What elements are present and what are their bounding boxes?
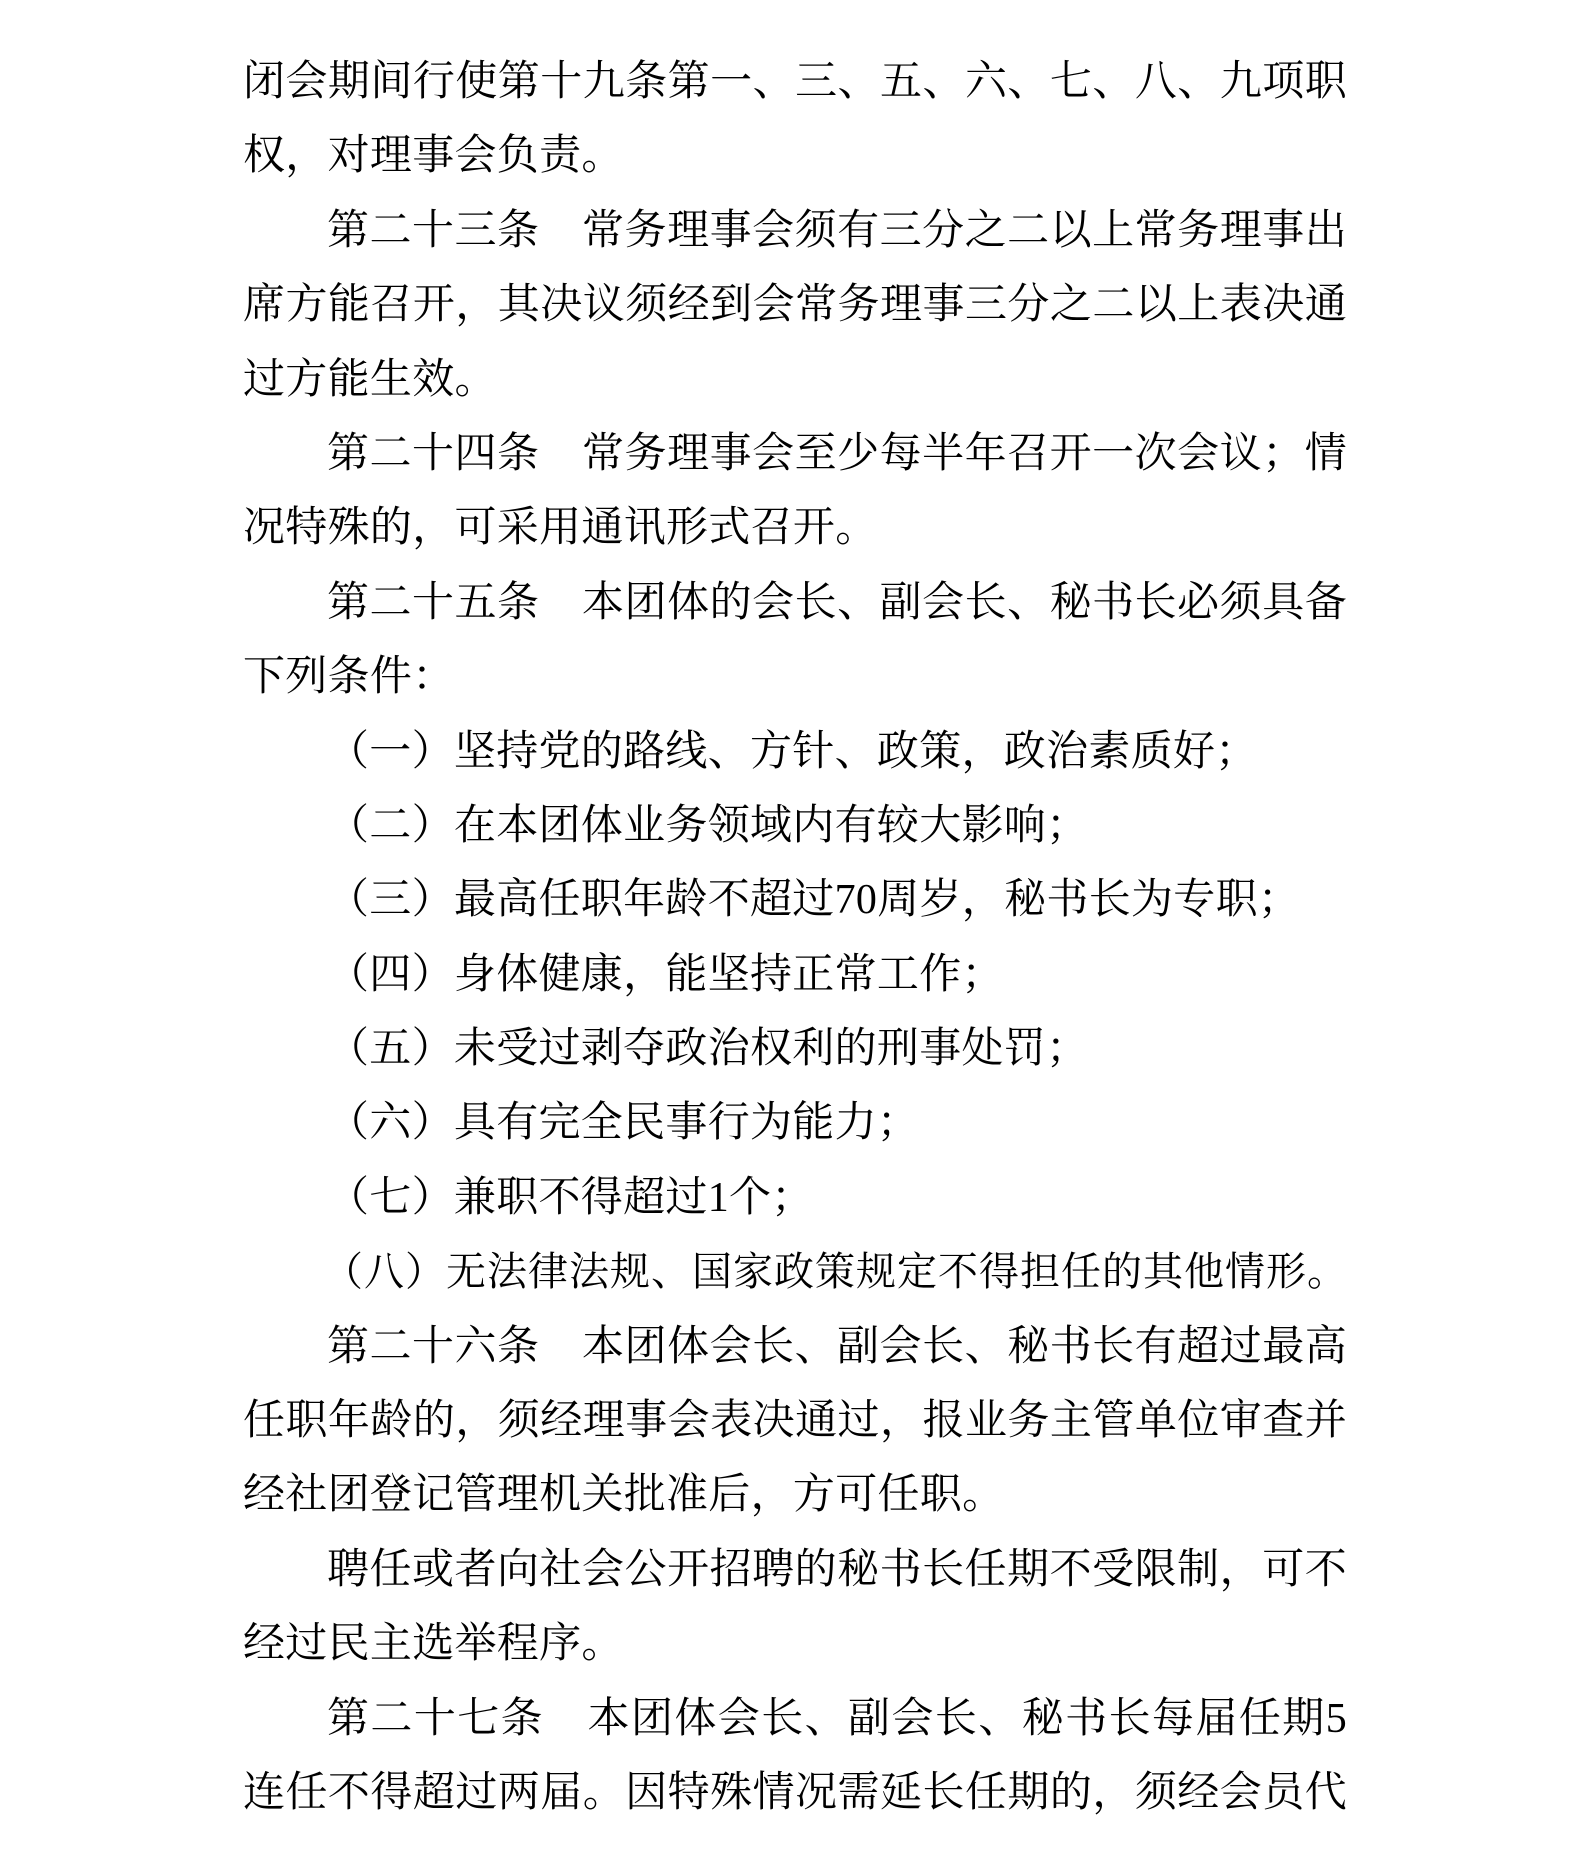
text-line: 权，对理事会负责。 — [243, 119, 1347, 193]
text-line-article-26: 第二十六条 本团体会长、副会长、秘书长有超过最高 — [243, 1310, 1347, 1384]
text-line: 下列条件： — [243, 640, 1347, 714]
text-line: 况特殊的，可采用通讯形式召开。 — [243, 491, 1347, 565]
text-line: 席方能召开，其决议须经到会常务理事三分之二以上表决通 — [243, 268, 1347, 342]
text-line: 连任不得超过两届。因特殊情况需延长任期的，须经会员代 — [243, 1756, 1347, 1830]
text-line-item-7: （七）兼职不得超过1个； — [243, 1161, 1347, 1235]
text-line-item-5: （五）未受过剥夺政治权利的刑事处罚； — [243, 1012, 1347, 1086]
document-page: 闭会期间行使第十九条第一、三、五、六、七、八、九项职 权，对理事会负责。 第二十… — [0, 0, 1587, 1871]
text-line-item-3: （三）最高任职年龄不超过70周岁，秘书长为专职； — [243, 863, 1347, 937]
text-line: 经过民主选举程序。 — [243, 1607, 1347, 1681]
text-line: 聘任或者向社会公开招聘的秘书长任期不受限制，可不 — [243, 1533, 1347, 1607]
text-line-article-23: 第二十三条 常务理事会须有三分之二以上常务理事出 — [243, 194, 1347, 268]
text-line-item-2: （二）在本团体业务领域内有较大影响； — [243, 789, 1347, 863]
text-line: 经社团登记管理机关批准后，方可任职。 — [243, 1458, 1347, 1532]
text-line: 任职年龄的，须经理事会表决通过，报业务主管单位审查并 — [243, 1384, 1347, 1458]
document-text-block: 闭会期间行使第十九条第一、三、五、六、七、八、九项职 权，对理事会负责。 第二十… — [243, 45, 1347, 1830]
text-line-item-8: （八）无法律法规、国家政策规定不得担任的其他情形。 — [243, 1235, 1347, 1309]
text-line-item-1: （一）坚持党的路线、方针、政策，政治素质好； — [243, 715, 1347, 789]
text-line-item-6: （六）具有完全民事行为能力； — [243, 1086, 1347, 1160]
text-line: 闭会期间行使第十九条第一、三、五、六、七、八、九项职 — [243, 45, 1347, 119]
text-line-article-25: 第二十五条 本团体的会长、副会长、秘书长必须具备 — [243, 566, 1347, 640]
text-line-item-4: （四）身体健康，能坚持正常工作； — [243, 938, 1347, 1012]
text-line: 过方能生效。 — [243, 343, 1347, 417]
text-line-article-27: 第二十七条 本团体会长、副会长、秘书长每届任期5年， — [243, 1682, 1347, 1756]
text-line-article-24: 第二十四条 常务理事会至少每半年召开一次会议；情 — [243, 417, 1347, 491]
